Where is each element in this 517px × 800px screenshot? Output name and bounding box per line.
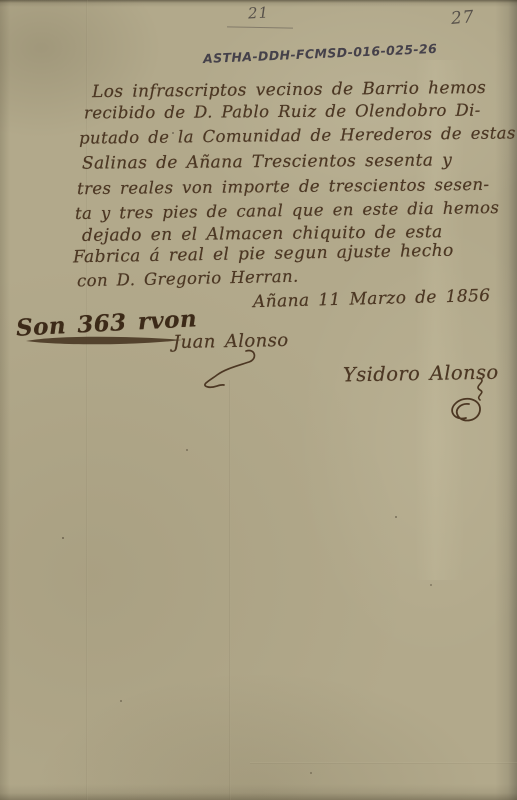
folio-number: 21 bbox=[248, 3, 270, 22]
archive-reference-code: ASTHA-DDH-FCMSD-016-025-26 bbox=[203, 41, 438, 66]
letter-line: con D. Gregorio Herran. bbox=[77, 267, 299, 291]
dateline: Añana 11 Marzo de 1856 bbox=[253, 286, 491, 312]
folio-number-underline bbox=[227, 26, 293, 28]
letter-line: putado de la Comunidad de Herederos de e… bbox=[79, 123, 516, 147]
signature-rubric bbox=[196, 348, 268, 386]
ink-specks bbox=[62, 537, 64, 539]
letter-line: Los infrascriptos vecinos de Barrio hemo… bbox=[92, 78, 486, 102]
letter-line: tres reales von importe de trescientos s… bbox=[77, 175, 490, 198]
paper-fold-crease bbox=[250, 762, 517, 764]
amount-underline-flourish bbox=[22, 334, 187, 348]
letter-line: recibido de D. Pablo Ruiz de Olendobro D… bbox=[84, 101, 481, 123]
manuscript-page-scan: 21 27 ASTHA-DDH-FCMSD-016-025-26 Los inf… bbox=[0, 0, 517, 800]
signature-rubric bbox=[438, 376, 494, 424]
letter-line: Salinas de Añana Trescientos sesenta y bbox=[82, 150, 452, 173]
corner-page-number: 27 bbox=[450, 7, 475, 29]
paper-fold-crease bbox=[229, 380, 231, 800]
letter-line: ta y tres pies de canal que en este dia … bbox=[75, 198, 500, 223]
